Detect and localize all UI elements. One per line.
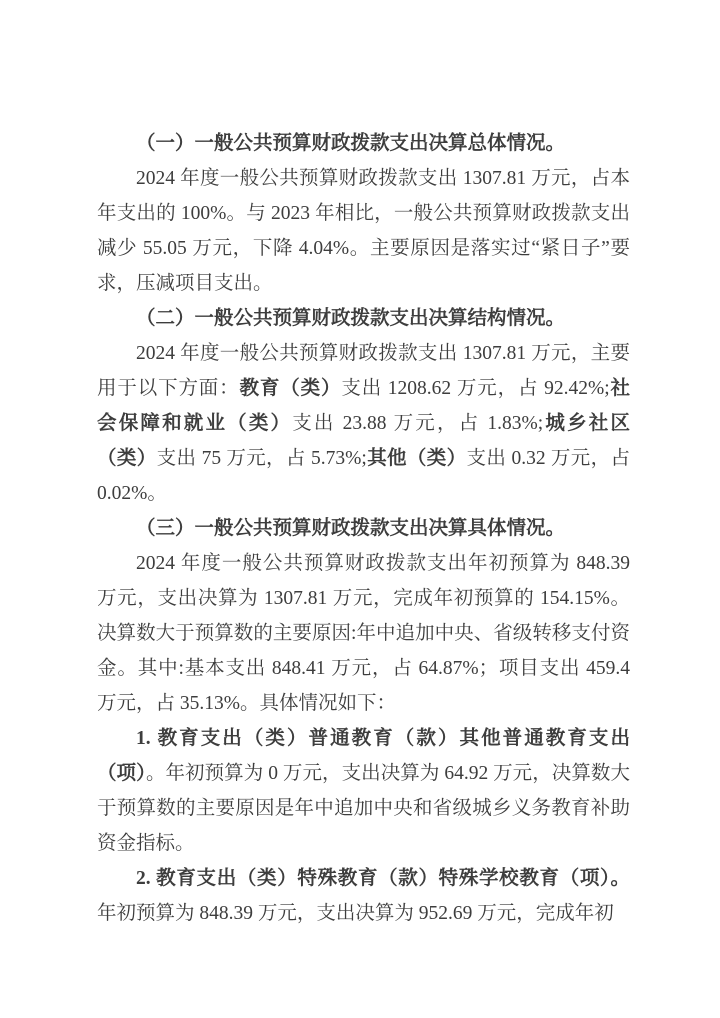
structure-run-education-label: 教育（类） (240, 378, 342, 399)
paragraph-detail: 2024 年度一般公共预算财政拨款支出年初预算为 848.39 万元，支出决算为… (97, 546, 630, 721)
paragraph-overview-text: 2024 年度一般公共预算财政拨款支出 1307.81 万元，占本年支出的 10… (97, 168, 630, 294)
item-1-body: 。年初预算为 0 万元，支出决算为 64.92 万元，决算数大于预算数的主要原因… (97, 763, 630, 854)
item-2-special-education: 2. 教育支出（类）特殊教育（款）特殊学校教育（项）。年初预算为 848.39 … (97, 861, 630, 931)
paragraph-detail-text: 2024 年度一般公共预算财政拨款支出年初预算为 848.39 万元，支出决算为… (97, 553, 630, 714)
section-heading-detail-text: （三）一般公共预算财政拨款支出决算具体情况。 (136, 518, 565, 539)
section-heading-overview-text: （一）一般公共预算财政拨款支出决算总体情况。 (136, 133, 565, 154)
section-heading-detail: （三）一般公共预算财政拨款支出决算具体情况。 (97, 511, 630, 546)
paragraph-overview: 2024 年度一般公共预算财政拨款支出 1307.81 万元，占本年支出的 10… (97, 161, 630, 301)
structure-run-education-value: 支出 1208.62 万元，占 92.42%; (341, 378, 609, 399)
item-1-general-education: 1. 教育支出（类）普通教育（款）其他普通教育支出（项）。年初预算为 0 万元，… (97, 721, 630, 861)
item-2-body: 年初预算为 848.39 万元，支出决算为 952.69 万元，完成年初 (97, 903, 614, 924)
paragraph-structure: 2024 年度一般公共预算财政拨款支出 1307.81 万元，主要用于以下方面：… (97, 336, 630, 511)
section-heading-structure-text: （二）一般公共预算财政拨款支出决算结构情况。 (136, 308, 565, 329)
structure-run-social-value: 支出 23.88 万元，占 1.83%; (292, 413, 543, 434)
section-heading-overview: （一）一般公共预算财政拨款支出决算总体情况。 (97, 126, 630, 161)
section-heading-structure: （二）一般公共预算财政拨款支出决算结构情况。 (97, 301, 630, 336)
structure-run-other-label: 其他（类） (367, 448, 467, 469)
structure-run-community-value: 支出 75 万元，占 5.73%; (157, 448, 367, 469)
item-2-heading: 2. 教育支出（类）特殊教育（款）特殊学校教育（项）。 (136, 868, 630, 889)
document-page: （一）一般公共预算财政拨款支出决算总体情况。 2024 年度一般公共预算财政拨款… (0, 0, 720, 1018)
